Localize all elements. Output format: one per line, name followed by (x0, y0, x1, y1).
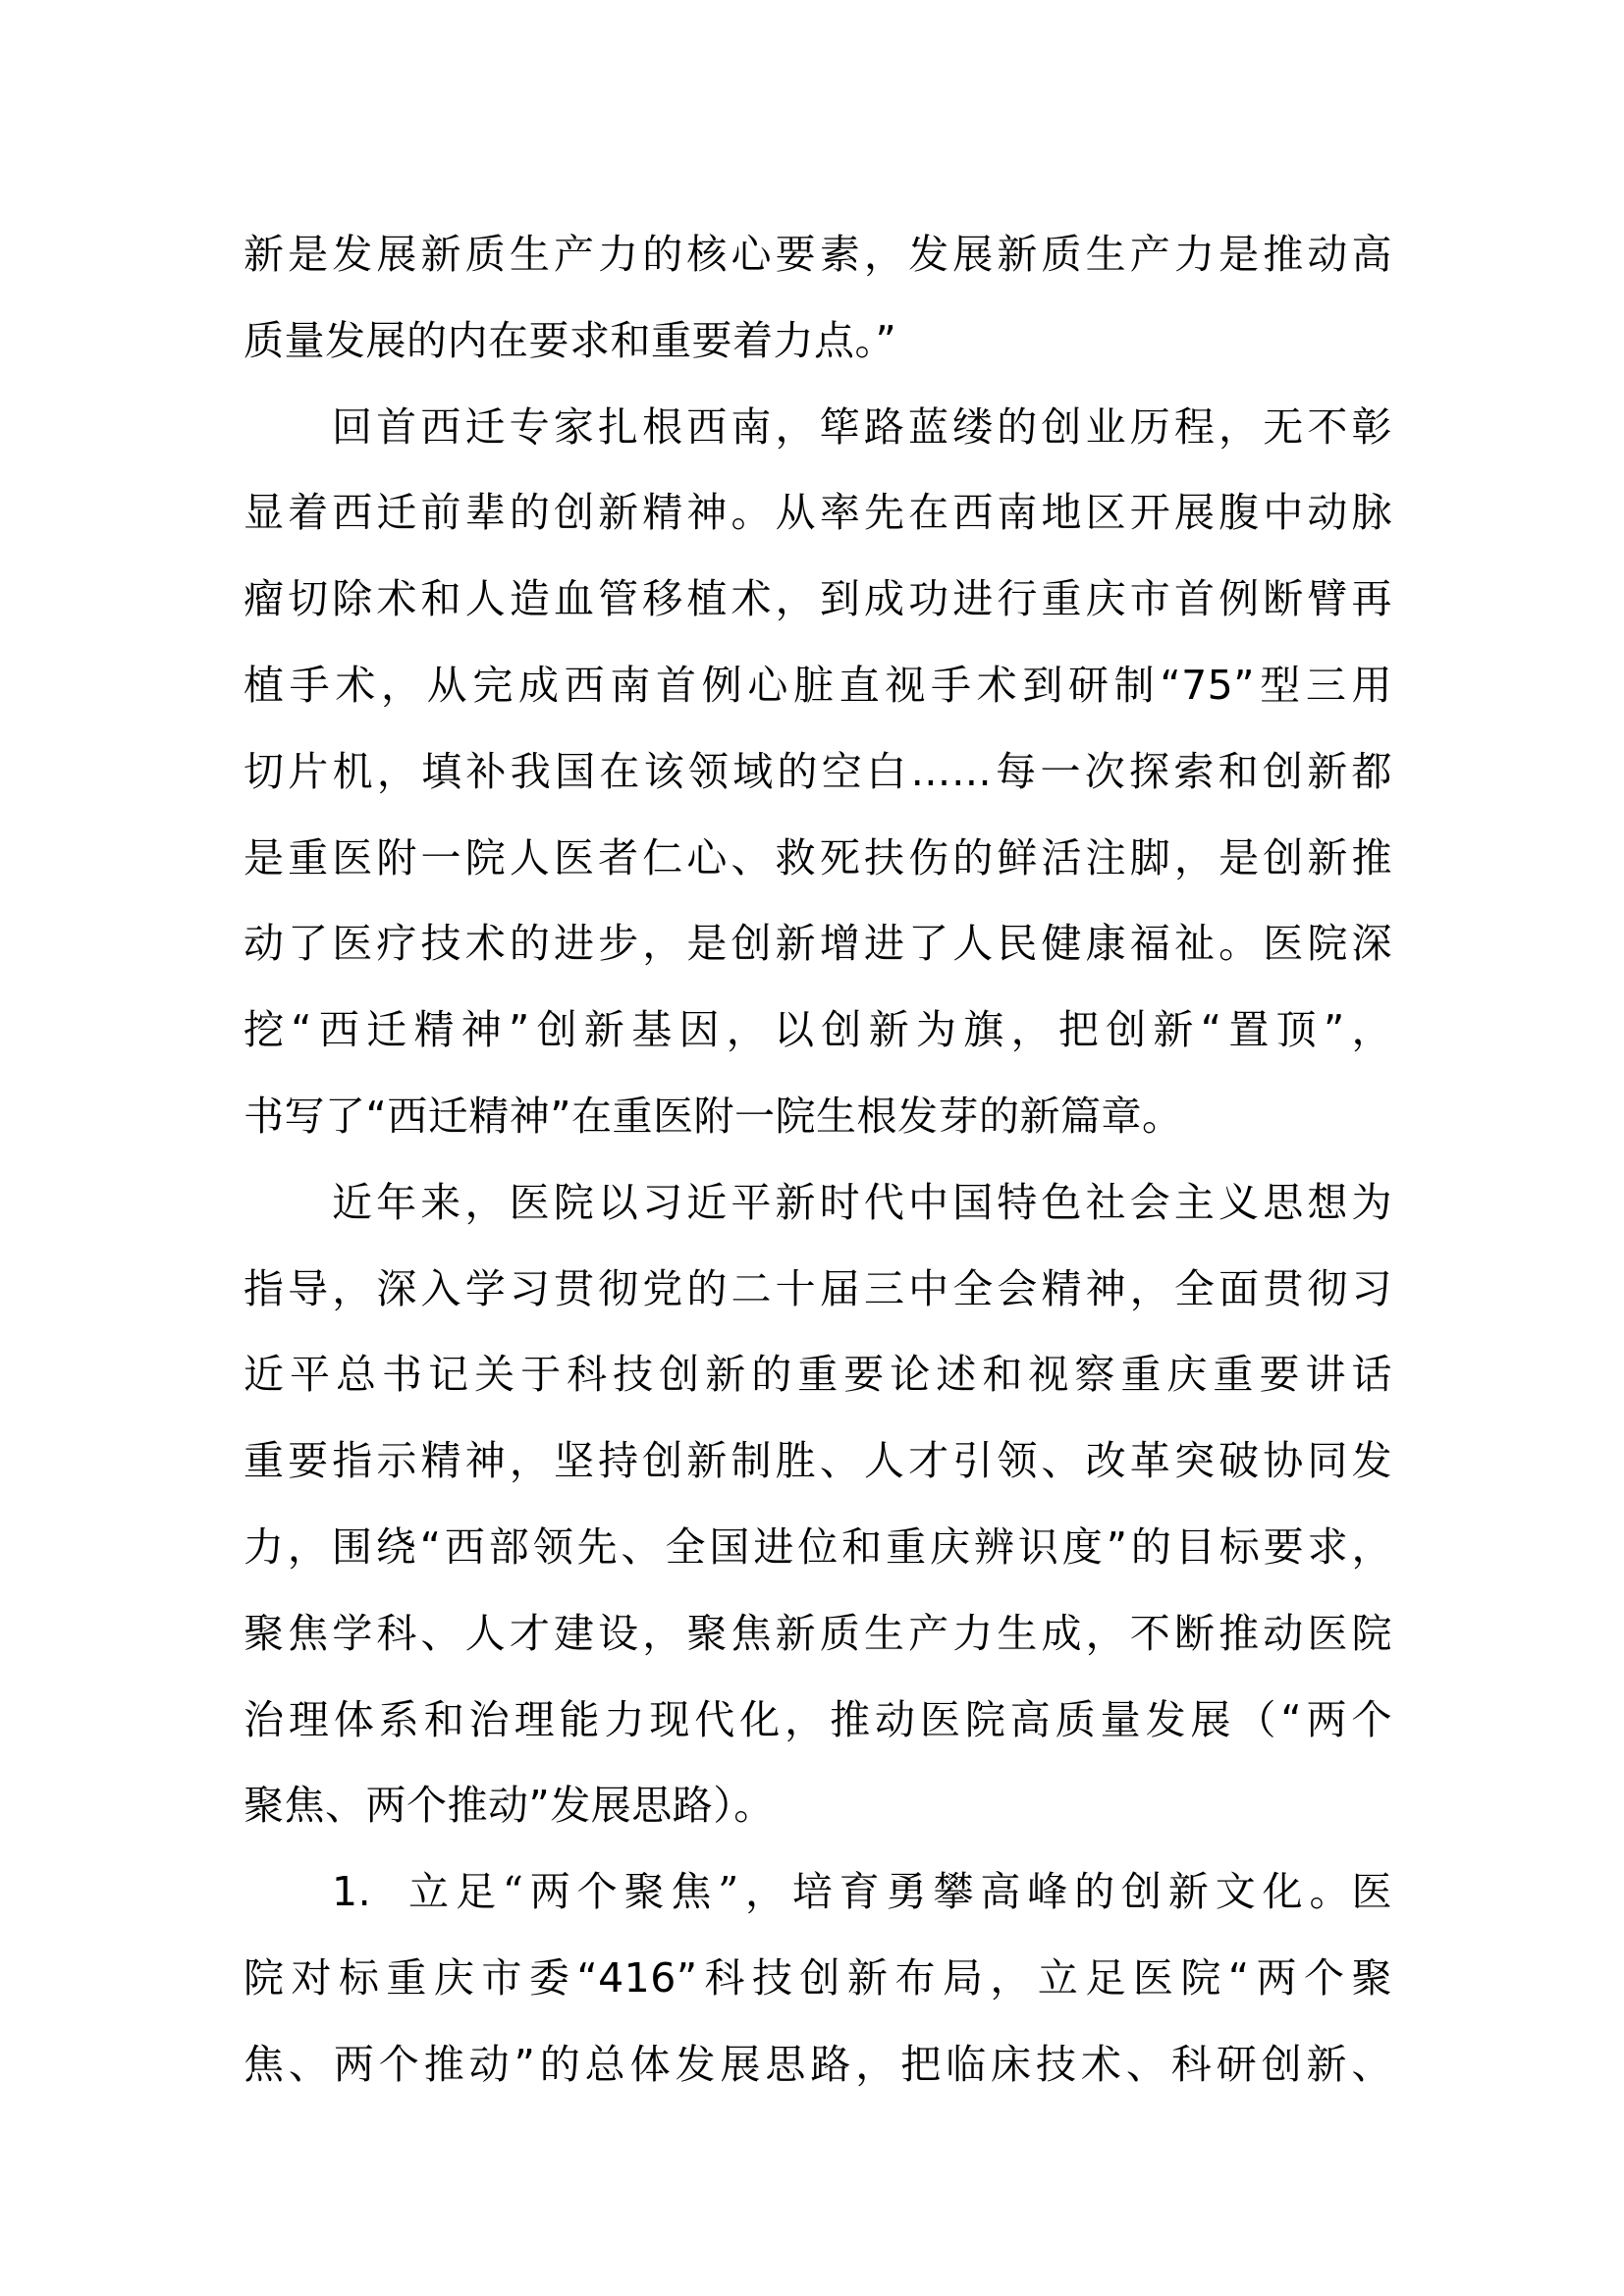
text-line: 切片机，填补我国在该领域的空白……每一次探索和创新都 (244, 729, 1392, 816)
section-number: 1. (332, 1849, 371, 1936)
text-line: 植手术，从完成西南首例心脏直视手术到研制“75”型三用 (244, 643, 1392, 729)
text-line: 力，围绕“西部领先、全国进位和重庆辨识度”的目标要求， (244, 1505, 1392, 1591)
text-line: 回首西迁专家扎根西南，筚路蓝缕的创业历程，无不彰 (244, 385, 1392, 471)
text-line: 近年来，医院以习近平新时代中国特色社会主义思想为 (244, 1160, 1392, 1247)
text-line: 治理体系和治理能力现代化，推动医院高质量发展（“两个 (244, 1678, 1392, 1764)
text-line: 焦、两个推动”的总体发展思路，把临床技术、科研创新、 (244, 2022, 1392, 2109)
section-heading-line: 1. 立足“两个聚焦”，培育勇攀高峰的创新文化。 医 (244, 1849, 1392, 1936)
document-page: 新是发展新质生产力的核心要素，发展新质生产力是推动高 质量发展的内在要求和重要着… (244, 212, 1392, 2109)
text-line: 挖“西迁精神”创新基因，以创新为旗，把创新“置顶”， (244, 988, 1392, 1074)
text-line: 显着西迁前辈的创新精神。从率先在西南地区开展腹中动脉 (244, 470, 1392, 557)
section-heading: 立足“两个聚焦”，培育勇攀高峰的创新文化。 (408, 1849, 1351, 1936)
text-line: 动了医疗技术的进步，是创新增进了人民健康福祉。医院深 (244, 901, 1392, 988)
text-line: 指导，深入学习贯彻党的二十届三中全会精神，全面贯彻习 (244, 1247, 1392, 1333)
text-line: 聚焦学科、人才建设，聚焦新质生产力生成，不断推动医院 (244, 1591, 1392, 1678)
text-line: 是重医附一院人医者仁心、救死扶伤的鲜活注脚，是创新推 (244, 816, 1392, 902)
text-line: 近平总书记关于科技创新的重要论述和视察重庆重要讲话 (244, 1332, 1392, 1418)
text-line: 质量发展的内在要求和重要着力点。” (244, 298, 1392, 385)
heading-line-rest: 医 (1352, 1849, 1393, 1936)
text-line: 瘤切除术和人造血管移植术，到成功进行重庆市首例断臂再 (244, 557, 1392, 643)
text-line: 书写了“西迁精神”在重医附一院生根发芽的新篇章。 (244, 1074, 1392, 1160)
text-line: 新是发展新质生产力的核心要素，发展新质生产力是推动高 (244, 212, 1392, 298)
text-line: 重要指示精神，坚持创新制胜、人才引领、改革突破协同发 (244, 1418, 1392, 1505)
text-line: 院对标重庆市委“416”科技创新布局，立足医院“两个聚 (244, 1936, 1392, 2022)
text-line: 聚焦、两个推动”发展思路）。 (244, 1763, 1392, 1849)
